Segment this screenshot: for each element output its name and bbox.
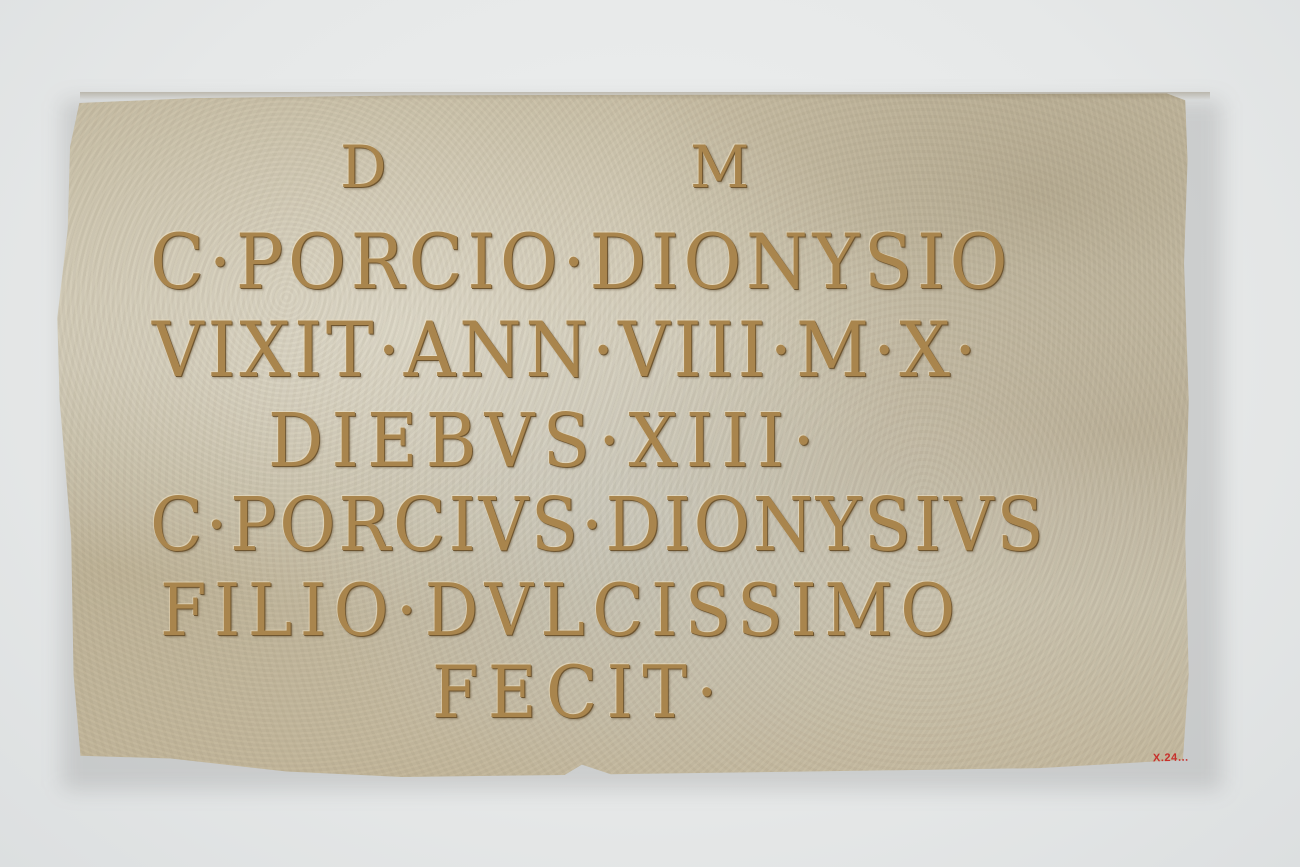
marble-tablet <box>55 92 1213 777</box>
catalog-number-label: X.24… <box>1153 752 1189 765</box>
